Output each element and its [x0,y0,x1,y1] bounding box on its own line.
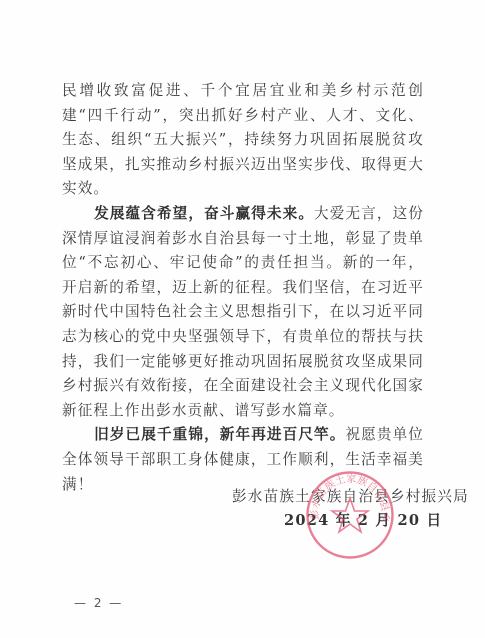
page-number: — 2 — [74,596,123,610]
paragraph-2-text: 大爱无言，这份深情厚谊浸润着彭水自治县每一寸土地，彰显了贵单位“不忘初心、牢记使… [62,205,424,419]
paragraph-2-lead: 发展蕴含希望，奋斗赢得未来。 [94,205,314,222]
signature-date: 2024 年 2 月 20 日 [284,509,442,533]
paragraph-3-lead: 旧岁已展千重锦，新年再进百尺竿。 [94,426,345,443]
paragraph-1-text: 民增收致富促进、千个宜居宜业和美乡村示范创建“四千行动”，突出抓好乡村产业、人才… [62,82,424,197]
document-page: 民增收致富促进、千个宜居宜业和美乡村示范创建“四千行动”，突出抓好乡村产业、人才… [0,0,485,638]
signature-block: 彭水苗族土家族自治县乡村振兴局 2024 年 2 月 20 日 [232,485,432,509]
paragraph-1: 民增收致富促进、千个宜居宜业和美乡村示范创建“四千行动”，突出抓好乡村产业、人才… [62,79,424,202]
letter-body: 民增收致富促进、千个宜居宜业和美乡村示范创建“四千行动”，突出抓好乡村产业、人才… [62,79,424,497]
signature-organization: 彭水苗族土家族自治县乡村振兴局 [232,485,432,509]
paragraph-2: 发展蕴含希望，奋斗赢得未来。大爱无言，这份深情厚谊浸润着彭水自治县每一寸土地，彰… [62,202,424,423]
